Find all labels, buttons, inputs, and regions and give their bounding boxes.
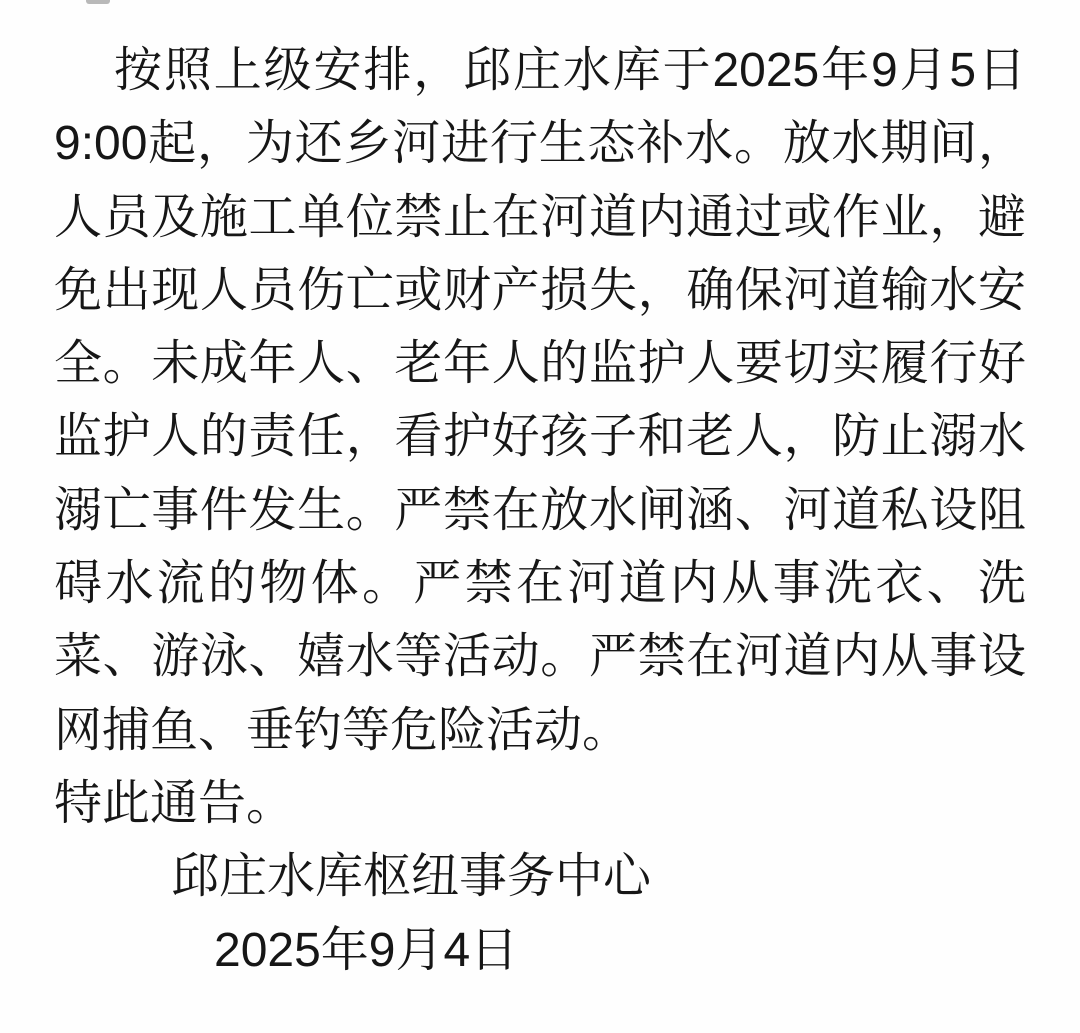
- notice-line: 免出现人员伤亡或财产损失，确保河道输水安: [54, 254, 1026, 327]
- notice-line: 人员及施工单位禁止在河道内通过或作业，避: [54, 181, 1026, 254]
- notice-line: 按照上级安排，邱庄水库于2025年9月5日: [54, 34, 1026, 107]
- notice-line: 网捕鱼、垂钓等危险活动。: [54, 694, 1026, 767]
- notice-closing: 特此通告。: [54, 767, 1026, 840]
- notice-line: 碍水流的物体。严禁在河道内从事洗衣、洗: [54, 547, 1026, 620]
- notice-line: 9:00起，为还乡河进行生态补水。放水期间，: [54, 107, 1026, 180]
- notice-paragraph: 按照上级安排，邱庄水库于2025年9月5日9:00起，为还乡河进行生态补水。放水…: [54, 34, 1026, 767]
- notice-line: 监护人的责任，看护好孩子和老人，防止溺水: [54, 400, 1026, 473]
- notice-date: 2025年9月4日: [54, 914, 1026, 987]
- cropped-glyph-fragment: [86, 0, 110, 4]
- notice-line: 菜、游泳、嬉水等活动。严禁在河道内从事设: [54, 620, 1026, 693]
- notice-line: 溺亡事件发生。严禁在放水闸涵、河道私设阻: [54, 474, 1026, 547]
- notice-line: 全。未成年人、老年人的监护人要切实履行好: [54, 327, 1026, 400]
- notice-body: 按照上级安排，邱庄水库于2025年9月5日9:00起，为还乡河进行生态补水。放水…: [54, 34, 1026, 987]
- notice-signature: 邱庄水库枢纽事务中心: [54, 840, 1026, 913]
- notice-document: 按照上级安排，邱庄水库于2025年9月5日9:00起，为还乡河进行生态补水。放水…: [0, 0, 1080, 1033]
